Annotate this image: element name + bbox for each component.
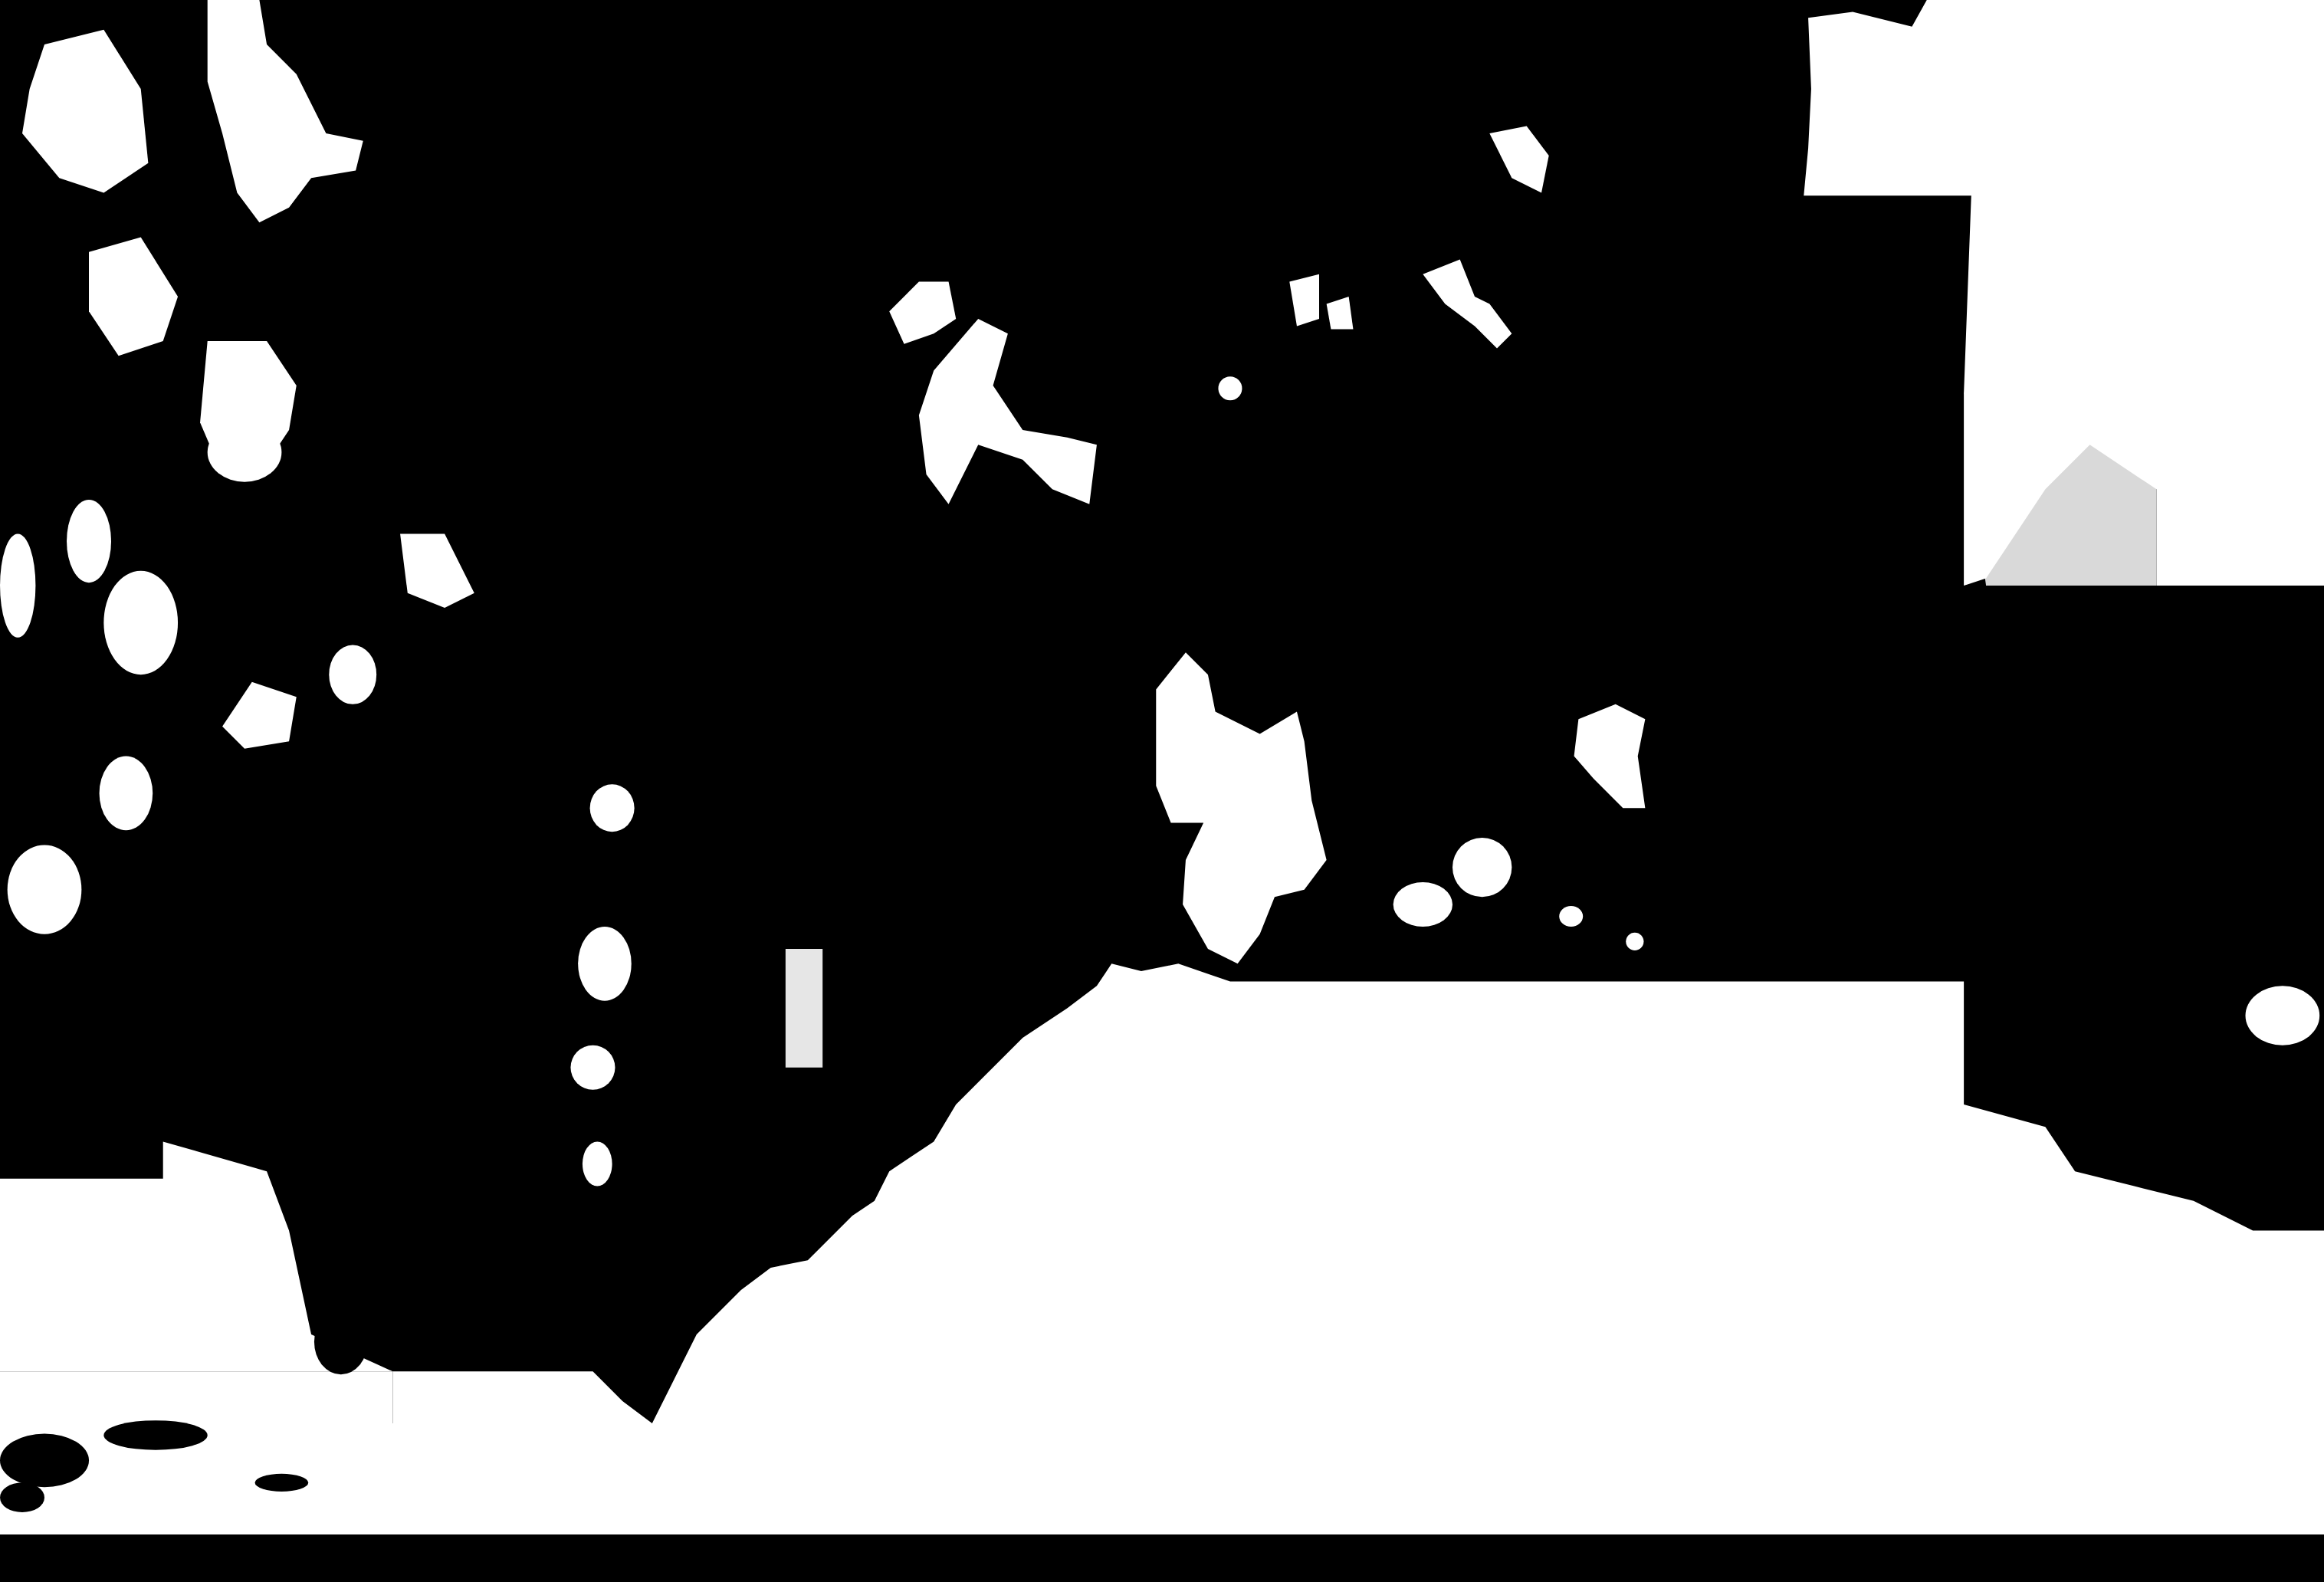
bottom-black-band <box>0 1534 2324 1582</box>
segmentation-mask <box>0 0 2324 1582</box>
